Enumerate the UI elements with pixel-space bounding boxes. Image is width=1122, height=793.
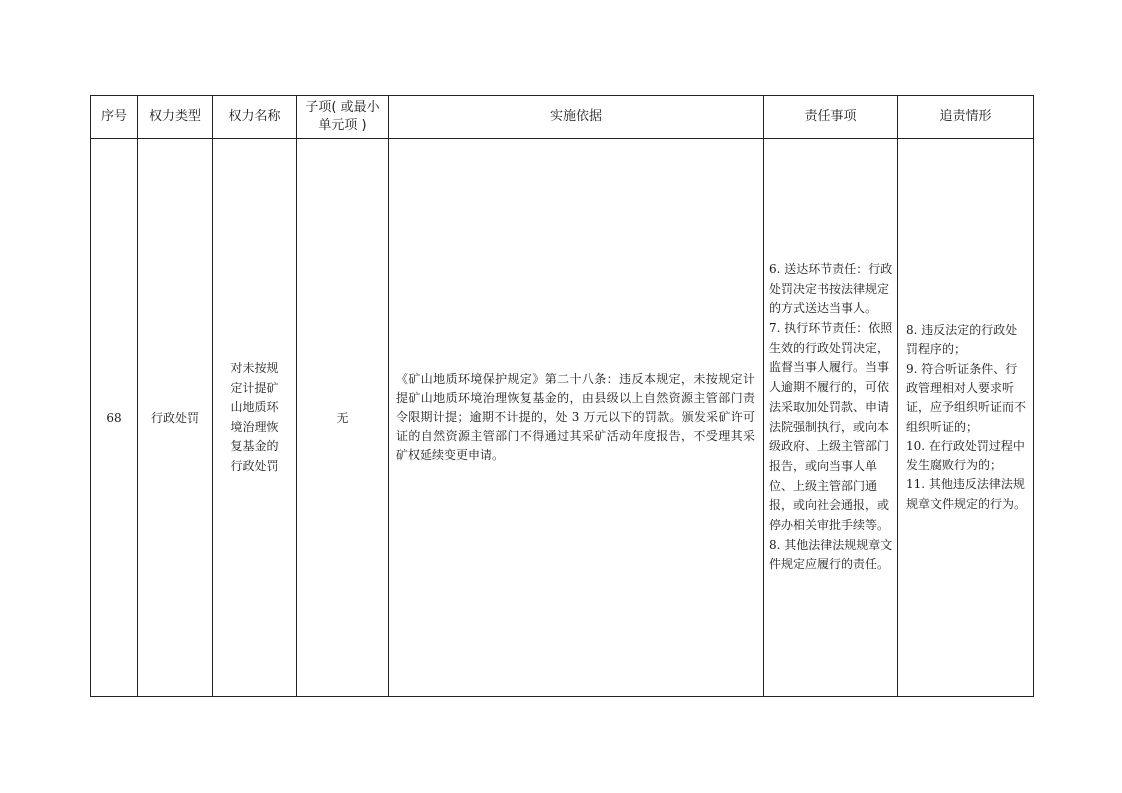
accountability-item: 8. 违反法定的行政处罚程序的；	[906, 321, 1029, 360]
cell-accountability: 8. 违反法定的行政处罚程序的； 9. 符合听证条件、行政管理相对人要求听证，应…	[898, 139, 1034, 697]
cell-basis: 《矿山地质环境保护规定》第二十八条：违反本规定，未按规定计提矿山地质环境治理恢复…	[389, 139, 764, 697]
responsibility-item: 6. 送达环节责任：行政处罚决定书按法律规定的方式送达当事人。	[769, 260, 893, 319]
header-responsibilities: 责任事项	[764, 96, 898, 139]
power-list-table: 序号 权力类型 权力名称 子项( 或最小单元项 ) 实施依据 责任事项 追责情形…	[90, 95, 1034, 697]
header-power-name: 权力名称	[213, 96, 297, 139]
cell-power-type: 行政处罚	[138, 139, 213, 697]
cell-responsibilities: 6. 送达环节责任：行政处罚决定书按法律规定的方式送达当事人。 7. 执行环节责…	[764, 139, 898, 697]
header-sub-item-label: 子项( 或最小单元项 )	[303, 99, 383, 135]
header-accountability: 追责情形	[898, 96, 1034, 139]
table-row: 68 行政处罚 对未按规定计提矿山地质环境治理恢复基金的行政处罚 无 《矿山地质…	[91, 139, 1034, 697]
cell-index: 68	[91, 139, 138, 697]
cell-sub-item: 无	[297, 139, 389, 697]
header-index: 序号	[91, 96, 138, 139]
accountability-item: 10. 在行政处罚过程中发生腐败行为的；	[906, 437, 1029, 476]
power-name-text: 对未按规定计提矿山地质环境治理恢复基金的行政处罚	[226, 359, 284, 476]
header-basis: 实施依据	[389, 96, 764, 139]
header-power-type: 权力类型	[138, 96, 213, 139]
responsibility-item: 7. 执行环节责任：依照生效的行政处罚决定，监督当事人履行。当事人逾期不履行的，…	[769, 319, 893, 536]
accountability-item: 11. 其他违反法律法规规章文件规定的行为。	[906, 475, 1029, 514]
table-header-row: 序号 权力类型 权力名称 子项( 或最小单元项 ) 实施依据 责任事项 追责情形	[91, 96, 1034, 139]
header-sub-item: 子项( 或最小单元项 )	[297, 96, 389, 139]
cell-power-name: 对未按规定计提矿山地质环境治理恢复基金的行政处罚	[213, 139, 297, 697]
responsibility-item: 8. 其他法律法规规章文件规定应履行的责任。	[769, 536, 893, 575]
accountability-item: 9. 符合听证条件、行政管理相对人要求听证，应予组织听证而不组织听证的；	[906, 360, 1029, 437]
